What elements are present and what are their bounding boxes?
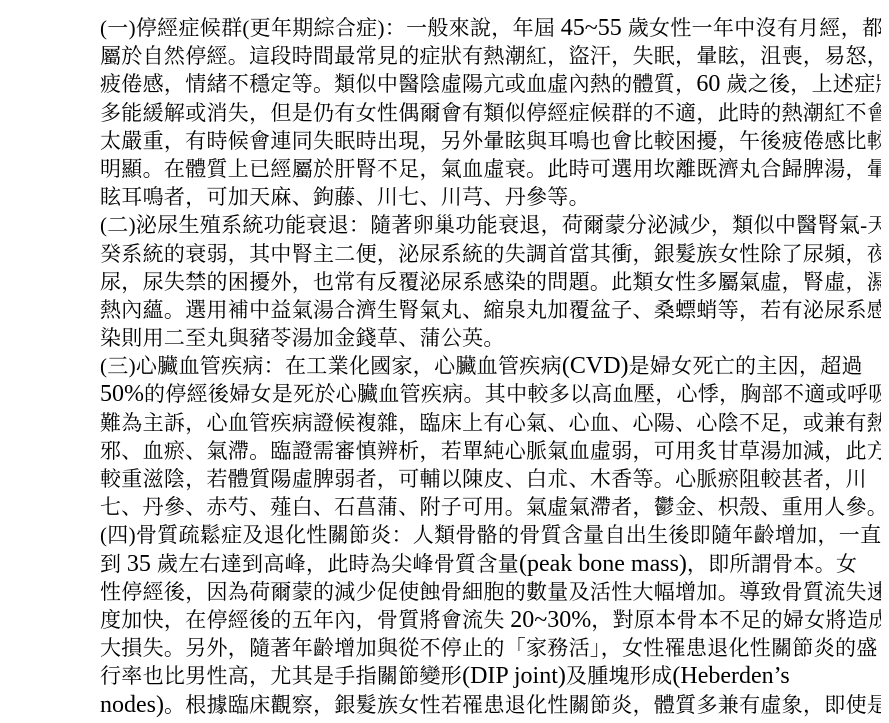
text-line: 多能緩解或消失，但是仍有女性偶爾會有類似停經症候群的不適，此時的熱潮紅不會: [100, 99, 881, 127]
text-line: 太嚴重，有時候會連同失眠時出現，另外暈眩與耳鳴也會比較困擾，午後疲倦感比較: [100, 127, 881, 155]
text-line: (四)骨質疏鬆症及退化性關節炎：人類骨骼的骨質含量自出生後即隨年齡增加，一直: [100, 521, 881, 549]
text-line: 較重滋陰，若體質陽虛脾弱者，可輔以陳皮、白朮、木香等。心脈瘀阻較甚者，川: [100, 465, 881, 493]
text-line: 尿，尿失禁的困擾外，也常有反覆泌尿系感染的問題。此類女性多屬氣虛，腎虛，濕: [100, 268, 881, 296]
text-line: (一)停經症候群(更年期綜合症)：一般來說，年屆 45~55 歲女性一年中沒有月…: [100, 14, 881, 42]
text-line: 癸系統的衰弱，其中腎主二便，泌尿系統的失調首當其衝，銀髮族女性除了尿頻，夜: [100, 240, 881, 268]
text-line: 染則用二至丸與豬苓湯加金錢草、蒲公英。: [100, 324, 881, 352]
latin-text: (DIP joint): [462, 663, 566, 689]
text-line: 疲倦感，情緒不穩定等。類似中醫陰虛陽亢或血虛內熱的體質，60 歲之後，上述症狀: [100, 70, 881, 98]
text-line: 度加快，在停經後的五年內，骨質將會流失 20~30%，對原本骨本不足的婦女將造成…: [100, 606, 881, 634]
latin-text: 45~55: [561, 15, 628, 41]
text-line: nodes)。根據臨床觀察，銀髮族女性若罹患退化性關節炎，體質多兼有虛象，即使是: [100, 691, 881, 719]
latin-text: (Heberden’s: [672, 663, 789, 689]
text-line: 難為主訴，心血管疾病證候複雜，臨床上有心氣、心血、心陽、心陰不足，或兼有熱: [100, 409, 881, 437]
document-page: (一)停經症候群(更年期綜合症)：一般來說，年屆 45~55 歲女性一年中沒有月…: [0, 0, 889, 723]
text-line: 眩耳鳴者，可加天麻、鉤藤、川七、川芎、丹參等。: [100, 183, 881, 211]
text-line: 性停經後，因為荷爾蒙的減少促使蝕骨細胞的數量及活性大幅增加。導致骨質流失速: [100, 578, 881, 606]
text-line: 屬於自然停經。這段時間最常見的症狀有熱潮紅，盜汗，失眠，暈眩，沮喪，易怒，: [100, 42, 881, 70]
text-line: (三)心臟血管疾病：在工業化國家，心臟血管疾病(CVD)是婦女死亡的主因，超過: [100, 352, 881, 380]
text-line: 明顯。在體質上已經屬於肝腎不足，氣血虛衰。此時可選用坎離既濟丸合歸脾湯，暈: [100, 155, 881, 183]
latin-text: nodes): [100, 692, 164, 718]
latin-text: 20~30%: [510, 607, 591, 633]
latin-text: 35: [127, 551, 157, 577]
latin-text: (CVD): [562, 353, 629, 379]
text-line: 行率也比男性高，尤其是手指關節變形(DIP joint)及腫塊形成(Heberd…: [100, 662, 881, 690]
document-text-block: (一)停經症候群(更年期綜合症)：一般來說，年屆 45~55 歲女性一年中沒有月…: [100, 14, 881, 719]
latin-text: 50%: [100, 381, 144, 407]
text-line: 大損失。另外，隨著年齡增加與從不停止的「家務活」，女性罹患退化性關節炎的盛: [100, 634, 881, 662]
text-line: (二)泌尿生殖系統功能衰退：隨著卵巢功能衰退，荷爾蒙分泌減少，類似中醫腎氣-天: [100, 211, 881, 239]
text-line: 50%的停經後婦女是死於心臟血管疾病。其中較多以高血壓，心悸，胸部不適或呼吸困: [100, 380, 881, 408]
text-line: 邪、血瘀、氣滯。臨證需審慎辨析，若單純心脈氣血虛弱，可用炙甘草湯加減，此方: [100, 437, 881, 465]
latin-text: (peak bone mass): [519, 551, 687, 577]
text-line: 熱內蘊。選用補中益氣湯合濟生腎氣丸、縮泉丸加覆盆子、桑螵蛸等，若有泌尿系感: [100, 296, 881, 324]
text-line: 到 35 歲左右達到高峰，此時為尖峰骨質含量(peak bone mass)，即…: [100, 550, 881, 578]
text-line: 七、丹參、赤芍、薤白、石菖蒲、附子可用。氣虛氣滯者，鬱金、枳殼、重用人參。: [100, 493, 881, 521]
latin-text: 60: [696, 71, 726, 97]
